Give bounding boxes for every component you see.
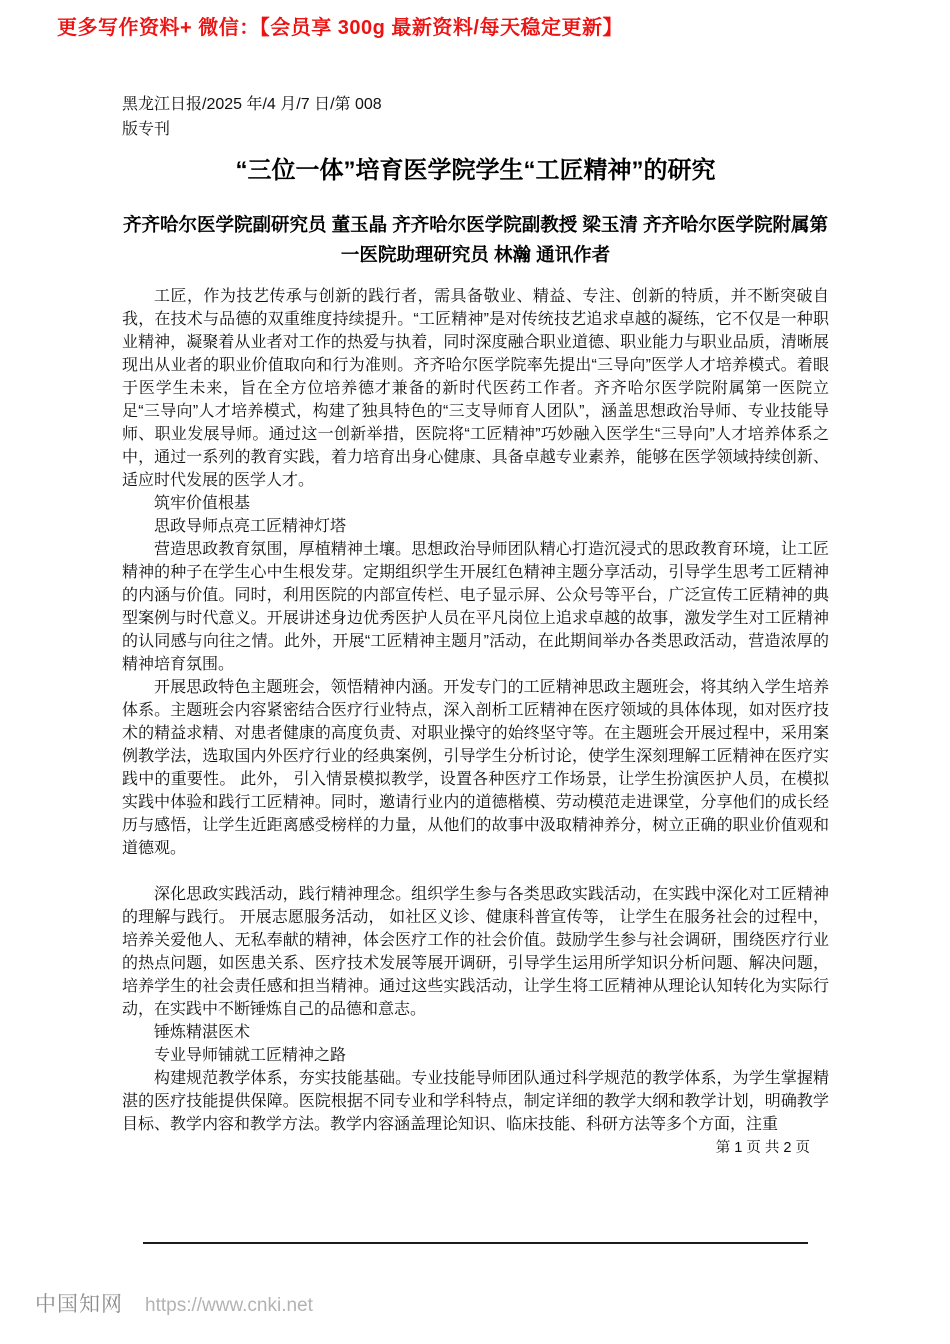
paragraph: 工匠，作为技艺传承与创新的践行者，需具备敬业、精益、专注、创新的特质，并不断突破… — [122, 285, 829, 492]
article-authors: 齐齐哈尔医学院副研究员 董玉晶 齐齐哈尔医学院副教授 梁玉清 齐齐哈尔医学院附属… — [122, 210, 829, 270]
cnki-url-link[interactable]: https://www.cnki.net — [145, 1295, 313, 1317]
document-page: 更多写作资料+ 微信：【会员享 300g 最新资料/每天稳定更新】 黑龙江日报/… — [0, 0, 950, 1344]
section-heading: 筑牢价值根基 — [122, 492, 829, 515]
promo-banner-text: 更多写作资料+ 微信：【会员享 300g 最新资料/每天稳定更新】 — [57, 11, 623, 40]
source-line-2: 版专刊 — [122, 117, 829, 142]
source-line-1: 黑龙江日报/2025 年/4 月/7 日/第 008 — [122, 92, 829, 117]
section-heading: 锤炼精湛医术 — [122, 1021, 829, 1044]
article-title: “三位一体”培育医学院学生“工匠精神”的研究 — [122, 154, 829, 188]
section-subheading: 思政导师点亮工匠精神灯塔 — [122, 515, 829, 538]
cnki-brand-logo: 中国知网 — [35, 1288, 123, 1318]
footer-divider — [143, 1242, 808, 1244]
page-indicator: 第 1 页 共 2 页 — [610, 1136, 810, 1157]
article-body: 工匠，作为技艺传承与创新的践行者，需具备敬业、精益、专注、创新的特质，并不断突破… — [122, 285, 829, 1136]
source-info: 黑龙江日报/2025 年/4 月/7 日/第 008 版专刊 — [122, 92, 829, 142]
article-content: 黑龙江日报/2025 年/4 月/7 日/第 008 版专刊 “三位一体”培育医… — [122, 92, 829, 1136]
cnki-watermark: 中国知网 https://www.cnki.net — [35, 1288, 313, 1318]
paragraph: 营造思政教育氛围，厚植精神土壤。思想政治导师团队精心打造沉浸式的思政教育环境，让… — [122, 538, 829, 676]
paragraph: 开展思政特色主题班会，领悟精神内涵。开发专门的工匠精神思政主题班会，将其纳入学生… — [122, 676, 829, 860]
section-subheading: 专业导师铺就工匠精神之路 — [122, 1044, 829, 1067]
paragraph: 构建规范教学体系，夯实技能基础。专业技能导师团队通过科学规范的教学体系，为学生掌… — [122, 1067, 829, 1136]
paragraph: 深化思政实践活动，践行精神理念。组织学生参与各类思政实践活动，在实践中深化对工匠… — [122, 883, 829, 1021]
